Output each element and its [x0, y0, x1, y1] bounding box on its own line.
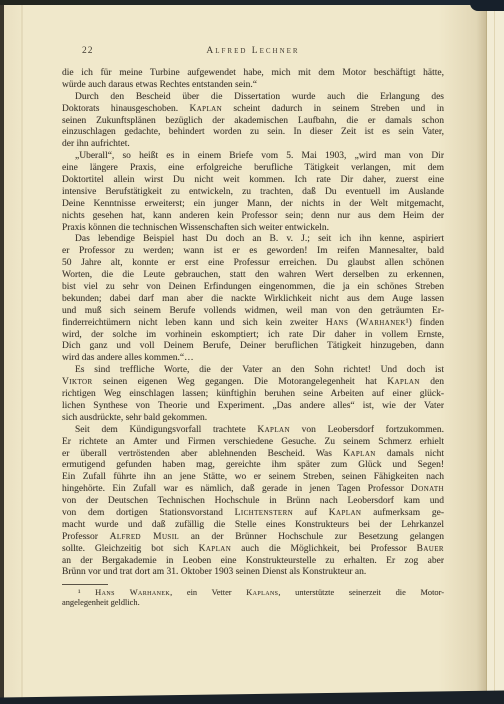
text-line: lichen Synthese von Theorie und Experime… [62, 401, 444, 413]
paragraph: Es sind treffliche Worte, die der Vater … [62, 365, 444, 424]
text-line: Doktortitel allein wirst Du nicht weit k… [62, 175, 444, 187]
small-caps-name: Kaplan [387, 377, 420, 387]
text-line: von dem dortigen Stationsvorstand Lichte… [62, 508, 444, 520]
small-caps-name: Hans Warhanek [95, 588, 170, 597]
text-line: bekunden; dabei darf man aber die nackte… [62, 294, 444, 306]
text-line: Viktor seinen eigenen Weg gegangen. Die … [62, 377, 444, 389]
text-line: sich ausdrückte, sehr bald gekommen. [62, 413, 444, 425]
text-line: Brünn vor und trat dort am 31. Oktober 1… [62, 567, 444, 579]
text-line: Es sind treffliche Worte, die der Vater … [62, 365, 444, 377]
small-caps-name: Hans [326, 318, 348, 328]
page-gutter [0, 0, 23, 704]
fore-edge-line [494, 0, 495, 704]
text-line: Worten, die die Leute gebrauchen, statt … [62, 270, 444, 282]
text-line: bist viel zu sehr von Deinen Erfindungen… [62, 282, 444, 294]
book-cover-top-edge [0, 0, 504, 5]
paragraph: Seit dem Kündigungsvorfall trachtete Kap… [62, 425, 444, 580]
text-line: Professor Alfred Musil an der Brünner Ho… [62, 532, 444, 544]
text-line: an der Bergakademie in Leoben eine Konst… [62, 556, 444, 568]
paragraph: Das lebendige Beispiel hast Du doch an B… [62, 234, 444, 365]
text-line: wird, der solche im vorhinein eskomptier… [62, 330, 444, 342]
footnote-paragraph: ¹ Hans Warhanek, ein Vetter Kaplans, unt… [62, 588, 444, 609]
small-caps-name: Kaplan [189, 104, 222, 114]
text-line: der ihn aufrichtet. [62, 139, 444, 151]
text-line: einzuschlagen gedachte, behindert worden… [62, 127, 444, 139]
paragraph: die ich für meine Turbine aufgewendet ha… [62, 68, 444, 92]
text-line: Praxis können die technischen Wissenscha… [62, 223, 444, 235]
text-line: die ich für meine Turbine aufgewendet ha… [62, 68, 444, 80]
page-header: 22 Alfred Lechner [62, 46, 444, 58]
text-line: und muß sich seinem Berufe vollends widm… [62, 306, 444, 318]
footnote-rule [62, 584, 108, 585]
text-line: richtigen Weg einschlagen lassen; künfti… [62, 389, 444, 401]
text-line: nichts gesehen hat, kann anderen kein Pr… [62, 211, 444, 223]
page-fore-edge [486, 0, 504, 704]
text-line: Er richtete an Ämter und Firmen verschie… [62, 437, 444, 449]
text-line: intensive Berufstätigkeit zu entwickeln,… [62, 187, 444, 199]
small-caps-name: Viktor [62, 377, 93, 387]
text-line: würde auch daraus etwas Rechtes entstand… [62, 80, 444, 92]
text-line: wird das andere alles kommen.“… [62, 353, 444, 365]
paragraph: „Überall“, so heißt es in einem Briefe v… [62, 151, 444, 234]
text-line: „Überall“, so heißt es in einem Briefe v… [62, 151, 444, 163]
small-caps-name: Kaplan [257, 425, 290, 435]
book-cover-top-right-corner [470, 0, 504, 11]
small-caps-name: Lichtenstern [235, 508, 293, 518]
text-line: er Professor zu werden; wann ist er es g… [62, 246, 444, 258]
text-line: Das lebendige Beispiel hast Du doch an B… [62, 234, 444, 246]
small-caps-name: Bauer [417, 544, 444, 554]
text-line: Durch den Bescheid über die Dissertation… [62, 92, 444, 104]
text-line: ermutigend gefunden haben mag, gereichte… [62, 460, 444, 472]
text-line: macht wurde und daß zufällig die Stelle … [62, 520, 444, 532]
text-line: ¹ Hans Warhanek, ein Vetter Kaplans, unt… [62, 588, 444, 598]
book-cover-bottom-edge [0, 690, 504, 704]
paragraph: Durch den Bescheid über die Dissertation… [62, 92, 444, 151]
small-caps-name: Warhanek [359, 318, 405, 328]
page-fold-shadow [438, 0, 486, 704]
body-text: die ich für meine Turbine aufgewendet ha… [62, 68, 444, 579]
text-line: von der Deutschen Technischen Hochschule… [62, 496, 444, 508]
book-page: 22 Alfred Lechner die ich für meine Turb… [0, 0, 504, 704]
small-caps-name: Kaplan [199, 544, 232, 554]
small-caps-name: Donath [411, 484, 444, 494]
small-caps-name: Kaplan [329, 508, 362, 518]
small-caps-name: Kaplan [343, 449, 376, 459]
small-caps-name: Alfred Musil [110, 532, 180, 542]
text-line: eine längere Praxis, eine erfolgreiche b… [62, 163, 444, 175]
small-caps-name: Kaplans [246, 588, 278, 597]
text-line: Deine Kenntnisse erweiterst; ein junger … [62, 199, 444, 211]
text-line: Seit dem Kündigungsvorfall trachtete Kap… [62, 425, 444, 437]
text-line: seinen Zukunftsplänen bezüglich der akad… [62, 116, 444, 128]
text-line: Doktorats hinausgeschoben. Kaplan schein… [62, 104, 444, 116]
text-line: finderreichtümern nicht leben kann und s… [62, 318, 444, 330]
text-line: er überall vertröstenden aber ablehnende… [62, 449, 444, 461]
text-line: sollte. Gleichzeitig bot sich Kaplan auc… [62, 544, 444, 556]
text-line: Ein Zufall führte ihn an jene Stätte, wo… [62, 472, 444, 484]
text-line: 50 Jahre alt, konnte er erst eine Profes… [62, 258, 444, 270]
text-line: hingehörte. Ein Zufall war es nämlich, d… [62, 484, 444, 496]
text-line: Dich ganz und voll Deinem Berufe, Deiner… [62, 341, 444, 353]
text-line: angelegenheit geldlich. [62, 598, 444, 608]
footnote: ¹ Hans Warhanek, ein Vetter Kaplans, unt… [62, 588, 444, 609]
running-header: Alfred Lechner [62, 46, 444, 56]
